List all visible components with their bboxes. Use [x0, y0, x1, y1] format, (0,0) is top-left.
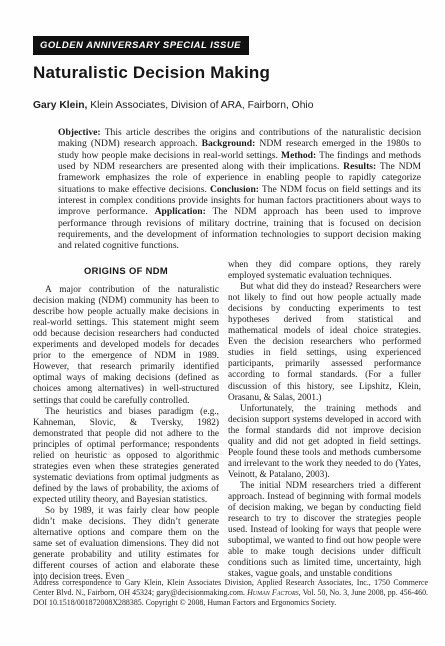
text-run: Human Factors, [247, 588, 301, 597]
byline: Gary Klein, Klein Associates, Division o… [33, 100, 313, 111]
text-run: Background: [202, 138, 256, 149]
paragraph: But what did they do instead? Researcher… [228, 282, 421, 404]
text-run: Conclusion: [210, 184, 259, 195]
paragraph: Unfortunately, the training methods and … [228, 404, 421, 481]
left-column: ORIGINS OF NDM A major contribution of t… [33, 260, 219, 583]
paragraph: A major contribution of the naturalistic… [33, 285, 219, 407]
text-run: Objective: [58, 127, 101, 138]
special-issue-banner: GOLDEN ANNIVERSARY SPECIAL ISSUE [33, 36, 249, 55]
left-column-paragraphs: A major contribution of the naturalistic… [33, 285, 219, 583]
journal-article-page: GOLDEN ANNIVERSARY SPECIAL ISSUE Natural… [0, 0, 445, 646]
abstract: Objective: This article describes the or… [58, 127, 421, 252]
article-body: ORIGINS OF NDM A major contribution of t… [33, 260, 421, 583]
text-run: Method: [281, 150, 316, 161]
right-column: when they did compare options, they rare… [228, 260, 421, 583]
author-name: Gary Klein, [33, 100, 87, 111]
right-column-paragraphs: when they did compare options, they rare… [228, 260, 421, 580]
paragraph: The initial NDM researchers tried a diff… [228, 481, 421, 580]
paragraph: So by 1989, it was fairly clear how peop… [33, 506, 219, 583]
text-run: Application: [155, 206, 206, 217]
paragraph: when they did compare options, they rare… [228, 260, 421, 282]
correspondence-note: Address correspondence to Gary Klein, Kl… [33, 578, 428, 609]
author-affiliation: Klein Associates, Division of ARA, Fairb… [87, 100, 313, 111]
text-run: Results: [343, 161, 376, 172]
article-title: Naturalistic Decision Making [33, 63, 270, 83]
special-issue-banner-label: GOLDEN ANNIVERSARY SPECIAL ISSUE [40, 40, 241, 51]
section-heading-origins-of-ndm: ORIGINS OF NDM [33, 265, 219, 276]
paragraph: The heuristics and biases paradigm (e.g.… [33, 407, 219, 506]
